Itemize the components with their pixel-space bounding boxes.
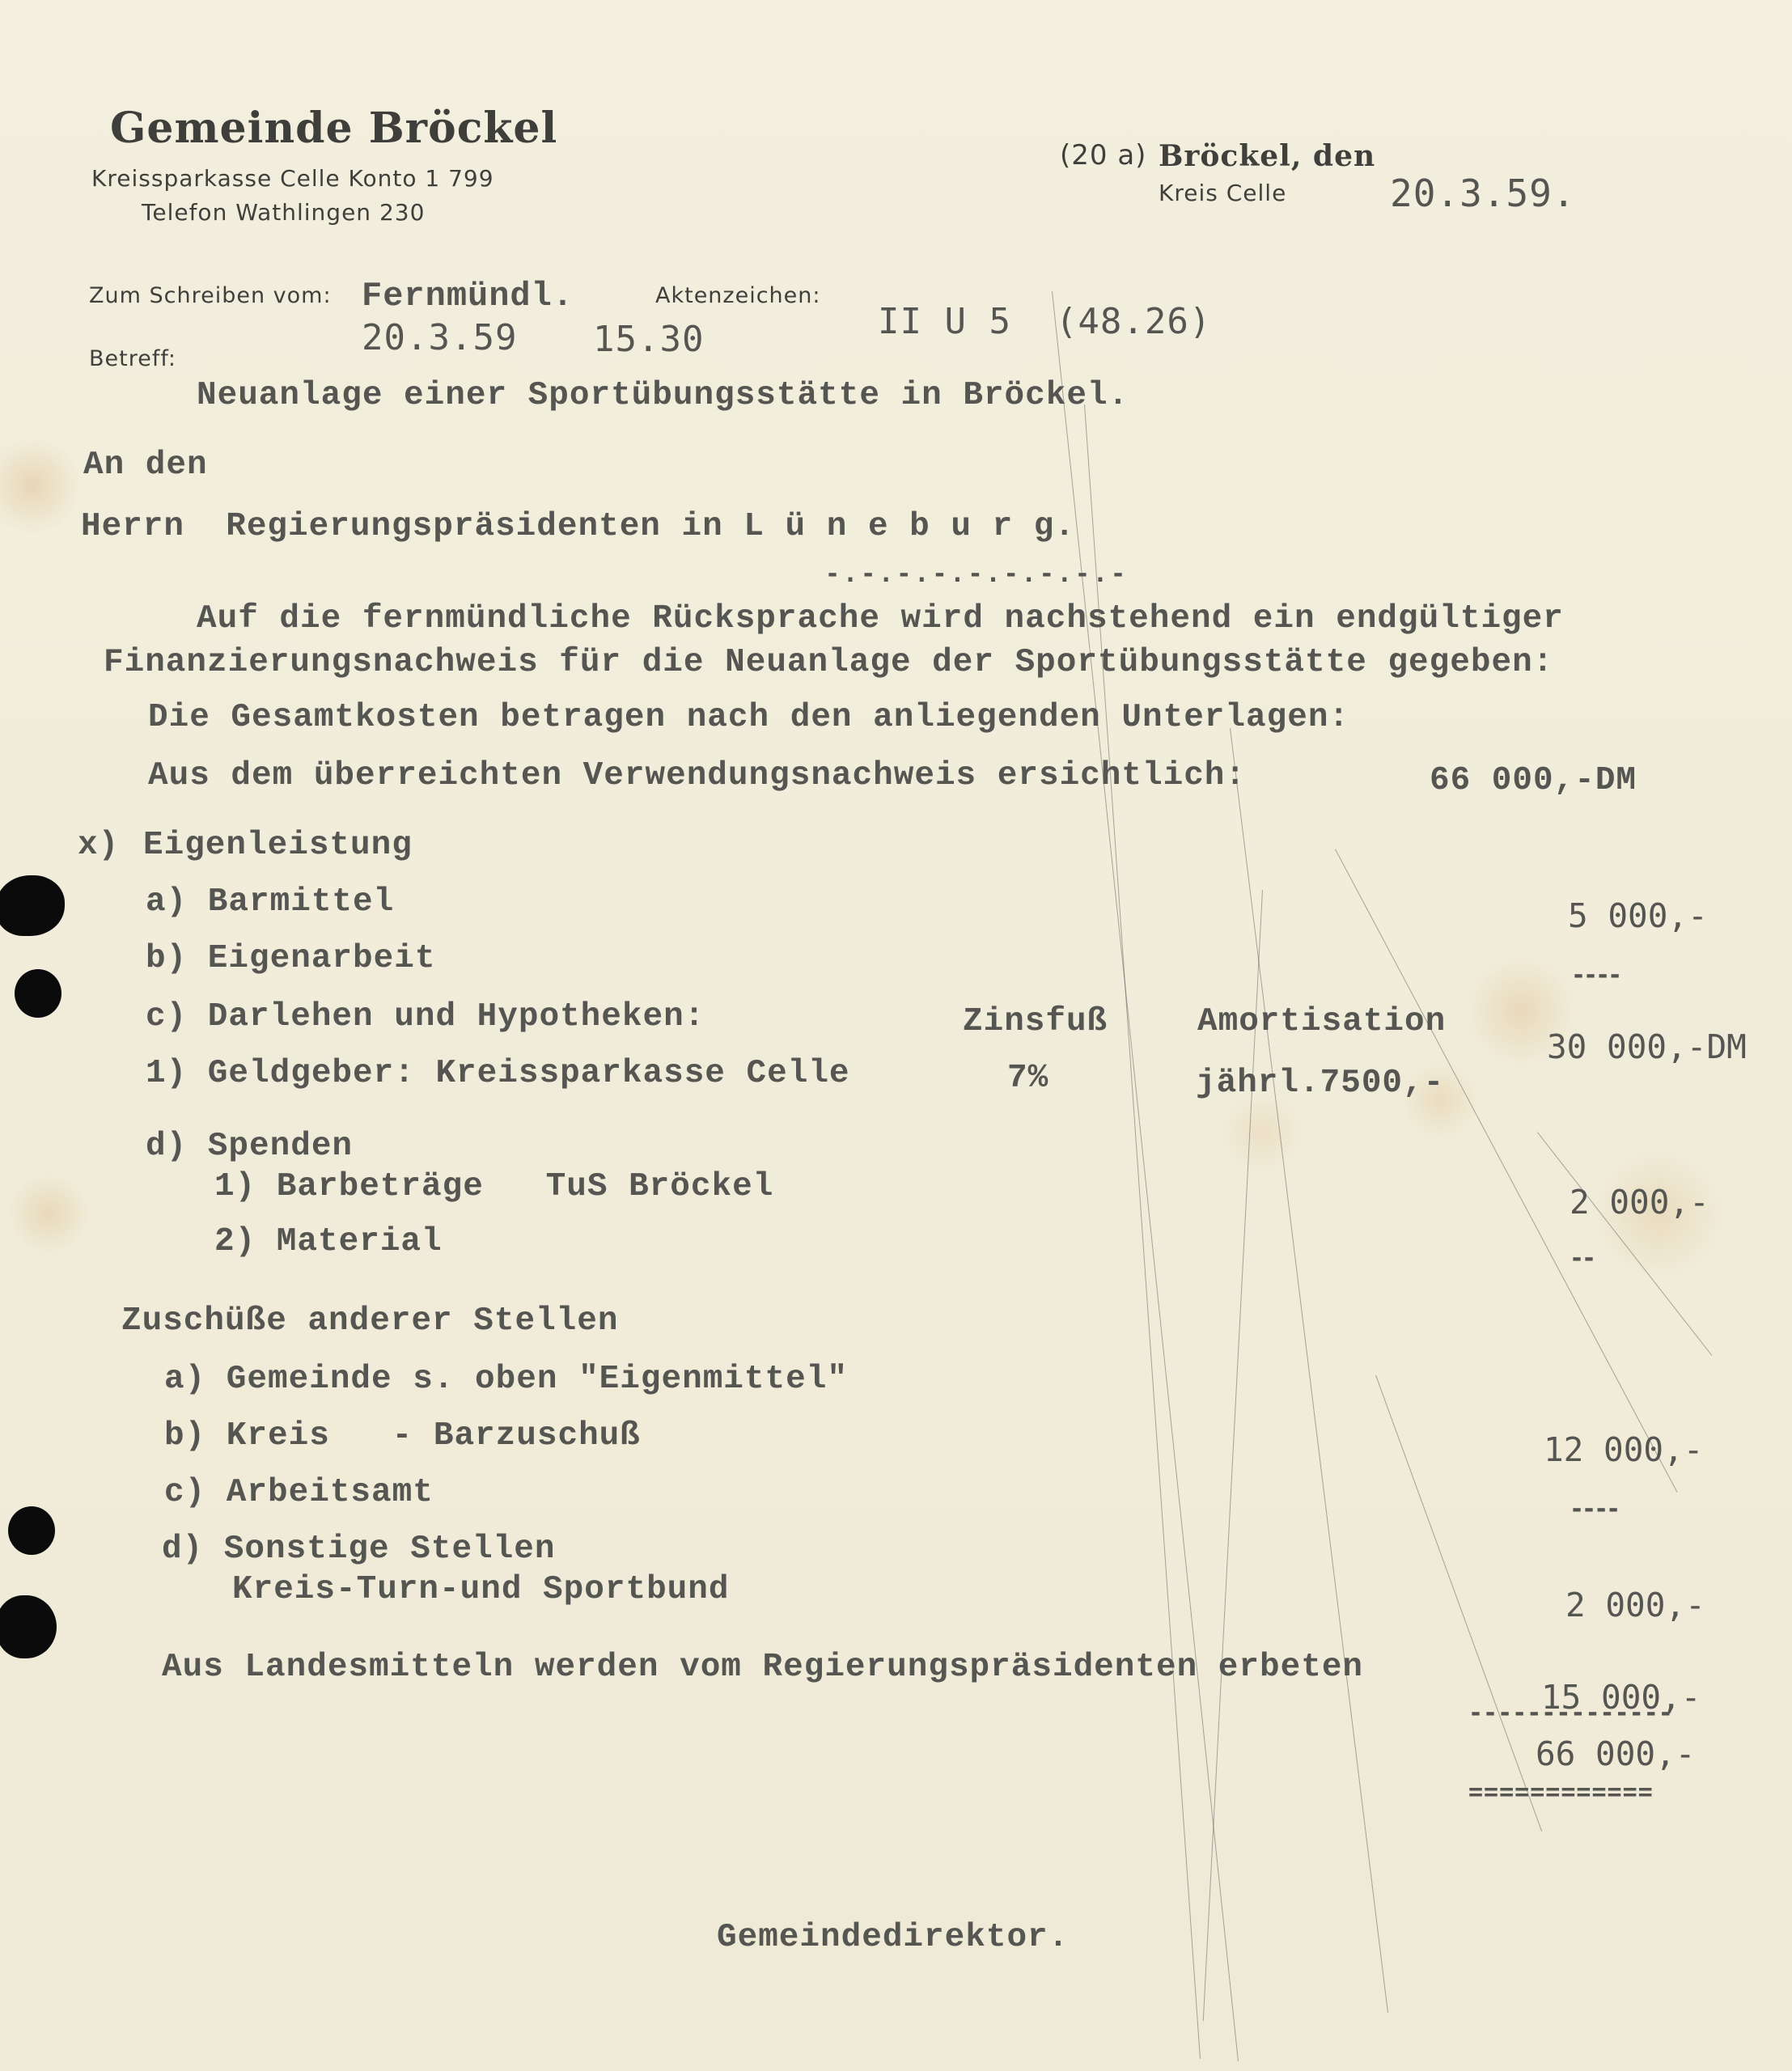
own-item-c1: 1) Geldgeber: Kreissparkasse Celle [146,1055,850,1092]
own-item-d1: 1) Barbeträge TuS Bröckel [214,1168,773,1205]
pencil-scratch [1537,1132,1712,1355]
col-rate-header: Zinsfuß [963,1003,1108,1040]
own-item-b: b) Eigenarbeit [146,940,435,977]
grants-item-c-amount: ---- [1570,1495,1618,1523]
letterhead-title: Gemeinde Bröckel [110,104,557,153]
pencil-scratch [1375,1375,1542,1832]
recipient-line2: Herrn Regierungspräsidenten in L ü n e b… [81,508,1075,545]
state-request-label: Aus Landesmitteln werden vom Regierungsp… [162,1649,1363,1686]
grants-item-d-amount: 2 000,- [1565,1586,1705,1624]
own-item-d: d) Spenden [146,1128,353,1165]
own-item-b-amount: ---- [1571,961,1620,989]
place-prefix: (20 a) [1060,139,1146,172]
subject-value: Neuanlage einer Sportübungsstätte in Brö… [197,377,1129,414]
own-item-c1-rate: 7% [1007,1060,1049,1097]
grants-heading: Zuschüße anderer Stellen [121,1302,619,1340]
pencil-scratch [1230,728,1388,2013]
letter-ref-time: 15.30 [593,319,704,360]
cost-line1: Die Gesamtkosten betragen nach den anlie… [148,699,1349,736]
grand-total: 66 000,- [1536,1734,1695,1773]
punch-hole [0,1595,57,1658]
own-item-a: a) Barmittel [146,883,394,921]
intro-line1: Auf die fernmündliche Rücksprache wird n… [197,600,1564,637]
file-ref-label: Aktenzeichen: [655,283,820,308]
intro-line2: Finanzierungsnachweis für die Neuanlage … [104,644,1553,681]
grants-item-d-detail: Kreis-Turn-und Sportbund [232,1571,730,1608]
signature-title: Gemeindedirektor. [717,1919,1069,1956]
double-rule: ============ [1468,1778,1654,1806]
grants-item-d: d) Sonstige Stellen [162,1531,555,1568]
subject-label: Betreff: [89,346,176,371]
pencil-scratch [1335,849,1677,1493]
col-amort-header: Amortisation [1197,1003,1446,1040]
letterhead-bank-line: Kreissparkasse Celle Konto 1 799 [91,165,494,192]
own-item-d2: 2) Material [214,1223,443,1260]
grants-item-c: c) Arbeitsamt [164,1474,434,1511]
total-cost: 66 000,-DM [1430,762,1637,799]
letter-ref-date: 20.3.59 [362,317,517,358]
sum-rule: -------------- [1468,1699,1673,1727]
own-item-c1-amort: jährl.7500,- [1196,1065,1444,1102]
pencil-scratch [1052,291,1239,2061]
grants-item-b-amount: 12 000,- [1544,1430,1703,1469]
grants-item-b: b) Kreis - Barzuschuß [164,1417,641,1455]
own-item-c1-amount: 30 000,-DM [1547,1027,1747,1066]
own-item-d2-amount: -- [1570,1244,1594,1273]
grants-item-a: a) Gemeinde s. oben "Eigenmittel" [164,1361,848,1398]
own-heading: Eigenleistung [143,827,413,864]
pencil-scratch [1203,890,1263,2021]
recipient-underline: -.-.-.-.-.-.-.-.- [825,560,1129,588]
recipient-line1: An den [83,447,208,484]
letter-ref-label: Zum Schreiben vom: [89,283,332,308]
letter-date: 20.3.59. [1390,172,1576,215]
district: Kreis Celle [1159,180,1286,206]
cost-line2: Aus dem überreichten Verwendungsnachweis… [148,757,1246,794]
punch-hole [15,969,61,1018]
own-item-a-amount: 5 000,- [1568,896,1708,935]
punch-hole [0,875,65,936]
letterhead-phone-line: Telefon Wathlingen 230 [142,199,425,226]
own-item-c: c) Darlehen und Hypotheken: [146,998,705,1035]
letter-ref-value: Fernmündl. [362,277,574,316]
file-ref-value: II U 5 (48.26) [878,301,1211,342]
punch-hole [8,1506,55,1555]
own-marker: x) [78,827,119,864]
own-item-d1-amount: 2 000,- [1570,1183,1709,1222]
place-name: Bröckel, den [1159,139,1375,173]
